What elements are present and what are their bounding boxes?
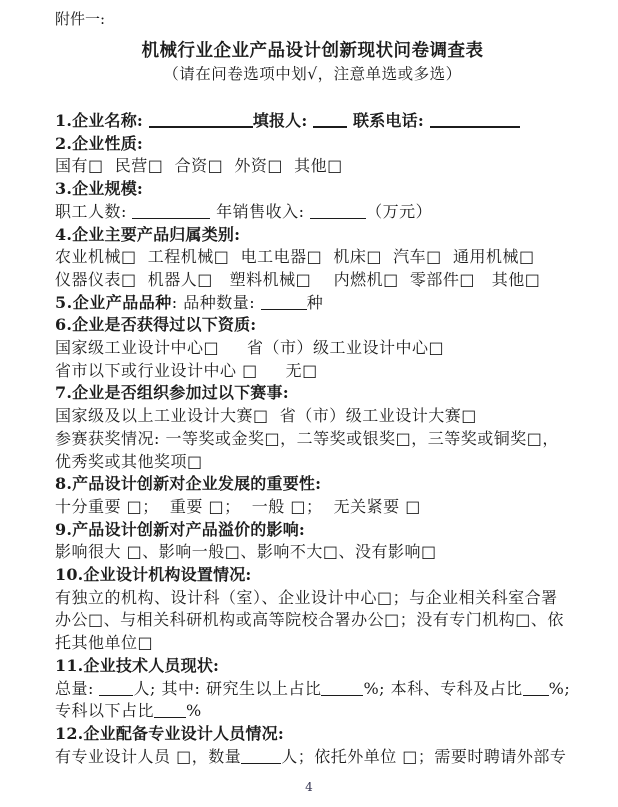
text-run: 1.企业名称:: [55, 111, 149, 130]
text-run: 5.企业产品品种: [55, 293, 172, 312]
text-run: 4.企业主要产品归属类别:: [55, 225, 240, 244]
text-run: （万元）: [366, 202, 432, 221]
q6-options-row2: 省市以下或行业设计中心 □ 无□: [55, 360, 570, 383]
q4-heading: 4.企业主要产品归属类别:: [55, 224, 570, 247]
q7-awards-cont: 优秀奖或其他奖项□: [55, 451, 570, 474]
text-run: 8.产品设计创新对企业发展的重要性:: [55, 474, 321, 493]
blank-underline: [310, 204, 366, 219]
q6-options-row1: 国家级工业设计中心□ 省（市）级工业设计中心□: [55, 337, 570, 360]
blank-underline: [149, 112, 253, 128]
questionnaire-body: 1.企业名称: 填报人: 联系电话: 2.企业性质:国有□ 民营□ 合资□ 外资…: [55, 110, 570, 768]
q9-heading: 9.产品设计创新对产品溢价的影响:: [55, 519, 570, 542]
text-run: 联系电话:: [347, 111, 429, 130]
text-run: 职工人数:: [55, 202, 132, 221]
text-run: 专科以下占比: [55, 701, 154, 720]
text-run: 填报人:: [253, 111, 313, 130]
text-run: 办公□、与相关科研机构或高等院校合署办公□；没有专门机构□、依: [55, 610, 564, 629]
q3-heading: 3.企业规模:: [55, 178, 570, 201]
q11-heading: 11.企业技术人员现状:: [55, 655, 570, 678]
q10-options-row3: 托其他单位□: [55, 632, 570, 655]
text-run: 人；依托外单位 □；需要时聘请外部专: [281, 747, 566, 766]
q2-options: 国有□ 民营□ 合资□ 外资□ 其他□: [55, 155, 570, 178]
blank-underline: [132, 204, 210, 219]
q10-options-row2: 办公□、与相关科研机构或高等院校合署办公□；没有专门机构□、依: [55, 609, 570, 632]
attachment-label: 附件一:: [55, 8, 570, 30]
q10-options-row1: 有独立的机构、设计科（室）、企业设计中心□；与企业相关科室合署: [55, 587, 570, 610]
text-run: 3.企业规模:: [55, 179, 143, 198]
text-run: 影响很大 □、影响一般□、影响不大□、没有影响□: [55, 542, 437, 561]
blank-underline: [321, 681, 363, 696]
text-run: 仪器仪表□ 机器人□ 塑料机械□ 内燃机□ 零部件□ 其他□: [55, 270, 540, 289]
q3-fields: 职工人数: 年销售收入: （万元）: [55, 201, 570, 224]
text-run: 6.企业是否获得过以下资质:: [55, 315, 256, 334]
blank-underline: [430, 112, 520, 128]
text-run: 托其他单位□: [55, 633, 153, 652]
q8-options: 十分重要 □； 重要 □； 一般 □； 无关紧要 □: [55, 496, 570, 519]
q1-name-line: 1.企业名称: 填报人: 联系电话:: [55, 110, 570, 133]
text-run: %; 本科、专科及占比: [363, 679, 522, 698]
text-run: 有专业设计人员 □，数量: [55, 747, 241, 766]
document-page: 附件一: 机械行业企业产品设计创新现状问卷调查表 （请在问卷选项中划√，注意单选…: [0, 0, 618, 807]
q5-line: 5.企业产品品种: 品种数量: 种: [55, 292, 570, 315]
q8-heading: 8.产品设计创新对企业发展的重要性:: [55, 473, 570, 496]
text-run: 年销售收入:: [210, 202, 310, 221]
text-run: %: [186, 701, 202, 720]
q7-awards: 参赛获奖情况: 一等奖或金奖□，二等奖或银奖□，三等奖或铜奖□，: [55, 428, 570, 451]
text-run: 7.企业是否组织参加过以下赛事:: [55, 383, 289, 402]
text-run: 参赛获奖情况: 一等奖或金奖□，二等奖或银奖□，三等奖或铜奖□，: [55, 429, 559, 448]
q11-fields-row1: 总量: 人; 其中: 研究生以上占比%; 本科、专科及占比%;: [55, 678, 570, 701]
q9-options: 影响很大 □、影响一般□、影响不大□、没有影响□: [55, 541, 570, 564]
text-run: 国家级工业设计中心□ 省（市）级工业设计中心□: [55, 338, 444, 357]
text-run: : 品种数量:: [172, 293, 261, 312]
text-run: 国有□ 民营□ 合资□ 外资□ 其他□: [55, 156, 343, 175]
blank-underline: [241, 749, 281, 764]
text-run: %;: [549, 679, 571, 698]
text-run: 12.企业配备专业设计人员情况:: [55, 724, 284, 743]
page-subtitle: （请在问卷选项中划√，注意单选或多选）: [55, 63, 570, 85]
q6-heading: 6.企业是否获得过以下资质:: [55, 314, 570, 337]
text-run: 9.产品设计创新对产品溢价的影响:: [55, 520, 305, 539]
blank-underline: [261, 295, 307, 310]
text-run: 十分重要 □； 重要 □； 一般 □； 无关紧要 □: [55, 497, 421, 516]
q10-heading: 10.企业设计机构设置情况:: [55, 564, 570, 587]
blank-underline: [523, 681, 549, 696]
text-run: 有独立的机构、设计科（室）、企业设计中心□；与企业相关科室合署: [55, 588, 558, 607]
text-run: 10.企业设计机构设置情况:: [55, 565, 252, 584]
q4-options-row2: 仪器仪表□ 机器人□ 塑料机械□ 内燃机□ 零部件□ 其他□: [55, 269, 570, 292]
text-run: 省市以下或行业设计中心 □ 无□: [55, 361, 318, 380]
q2-heading: 2.企业性质:: [55, 133, 570, 156]
text-run: 国家级及以上工业设计大赛□ 省（市）级工业设计大赛□: [55, 406, 477, 425]
page-title: 机械行业企业产品设计创新现状问卷调查表: [55, 39, 570, 63]
text-run: 11.企业技术人员现状:: [55, 656, 219, 675]
blank-underline: [313, 112, 347, 128]
text-run: 2.企业性质:: [55, 134, 143, 153]
text-run: 总量:: [55, 679, 99, 698]
text-run: 人; 其中: 研究生以上占比: [133, 679, 321, 698]
blank-underline: [154, 703, 186, 718]
text-run: 种: [307, 293, 324, 312]
text-run: 优秀奖或其他奖项□: [55, 452, 203, 471]
blank-underline: [99, 681, 133, 696]
q7-heading: 7.企业是否组织参加过以下赛事:: [55, 382, 570, 405]
q7-options: 国家级及以上工业设计大赛□ 省（市）级工业设计大赛□: [55, 405, 570, 428]
text-run: 农业机械□ 工程机械□ 电工电器□ 机床□ 汽车□ 通用机械□: [55, 247, 535, 266]
q12-fields: 有专业设计人员 □，数量人；依托外单位 □；需要时聘请外部专: [55, 746, 570, 769]
page-number: 4: [0, 780, 618, 794]
q4-options-row1: 农业机械□ 工程机械□ 电工电器□ 机床□ 汽车□ 通用机械□: [55, 246, 570, 269]
q11-fields-row2: 专科以下占比%: [55, 700, 570, 723]
q12-heading: 12.企业配备专业设计人员情况:: [55, 723, 570, 746]
